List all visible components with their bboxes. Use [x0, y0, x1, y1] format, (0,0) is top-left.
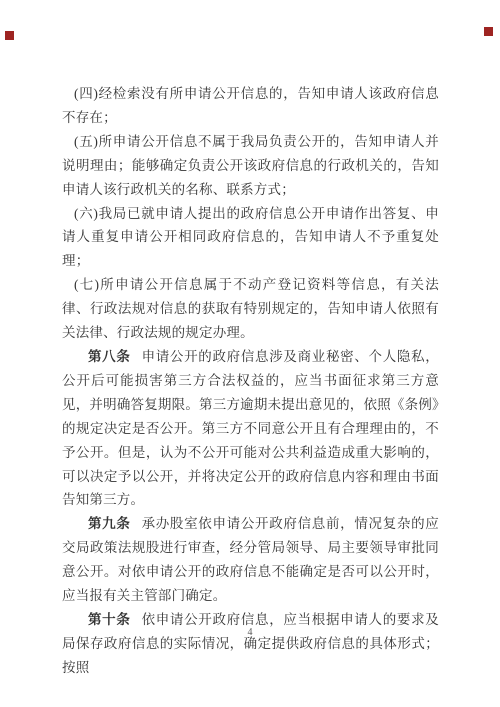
document-paragraph: 第十条依申请公开政府信息，应当根据申请人的要求及局保存政府信息的实际情况，确定提…	[62, 608, 439, 680]
corner-mark-right-icon	[484, 27, 493, 36]
document-page: (四)经检索没有所申请公开信息的，告知申请人该政府信息不存在；(五)所申请公开信…	[0, 0, 500, 707]
document-paragraph: 第九条承办股室依申请公开政府信息前，情况复杂的应交局政策法规股进行审查，经分管局…	[62, 512, 439, 608]
paragraph-text: 申请公开的政府信息涉及商业秘密、个人隐私，公开后可能损害第三方合法权益的，应当书…	[62, 349, 439, 507]
article-number-label: 第十条	[88, 612, 131, 627]
corner-mark-left-icon	[5, 31, 14, 40]
page-number: 4	[0, 627, 500, 638]
document-paragraph: (七)所申请公开信息属于不动产登记资料等信息，有关法律、行政法规对信息的获取有特…	[62, 273, 439, 345]
paragraph-text: (五)所申请公开信息不属于我局负责公开的，告知申请人并说明理由；能够确定负责公开…	[62, 134, 439, 197]
document-paragraph: (五)所申请公开信息不属于我局负责公开的，告知申请人并说明理由；能够确定负责公开…	[62, 130, 439, 202]
article-number-label: 第八条	[88, 349, 131, 364]
document-body: (四)经检索没有所申请公开信息的，告知申请人该政府信息不存在；(五)所申请公开信…	[62, 82, 439, 680]
document-paragraph: (四)经检索没有所申请公开信息的，告知申请人该政府信息不存在；	[62, 82, 439, 130]
document-paragraph: (六)我局已就申请人提出的政府信息公开申请作出答复、申请人重复申请公开相同政府信…	[62, 202, 439, 274]
paragraph-text: (四)经检索没有所申请公开信息的，告知申请人该政府信息不存在；	[62, 86, 439, 125]
paragraph-text: (六)我局已就申请人提出的政府信息公开申请作出答复、申请人重复申请公开相同政府信…	[62, 206, 439, 269]
paragraph-text: (七)所申请公开信息属于不动产登记资料等信息，有关法律、行政法规对信息的获取有特…	[62, 277, 439, 340]
document-paragraph: 第八条申请公开的政府信息涉及商业秘密、个人隐私，公开后可能损害第三方合法权益的，…	[62, 345, 439, 512]
article-number-label: 第九条	[88, 516, 131, 531]
